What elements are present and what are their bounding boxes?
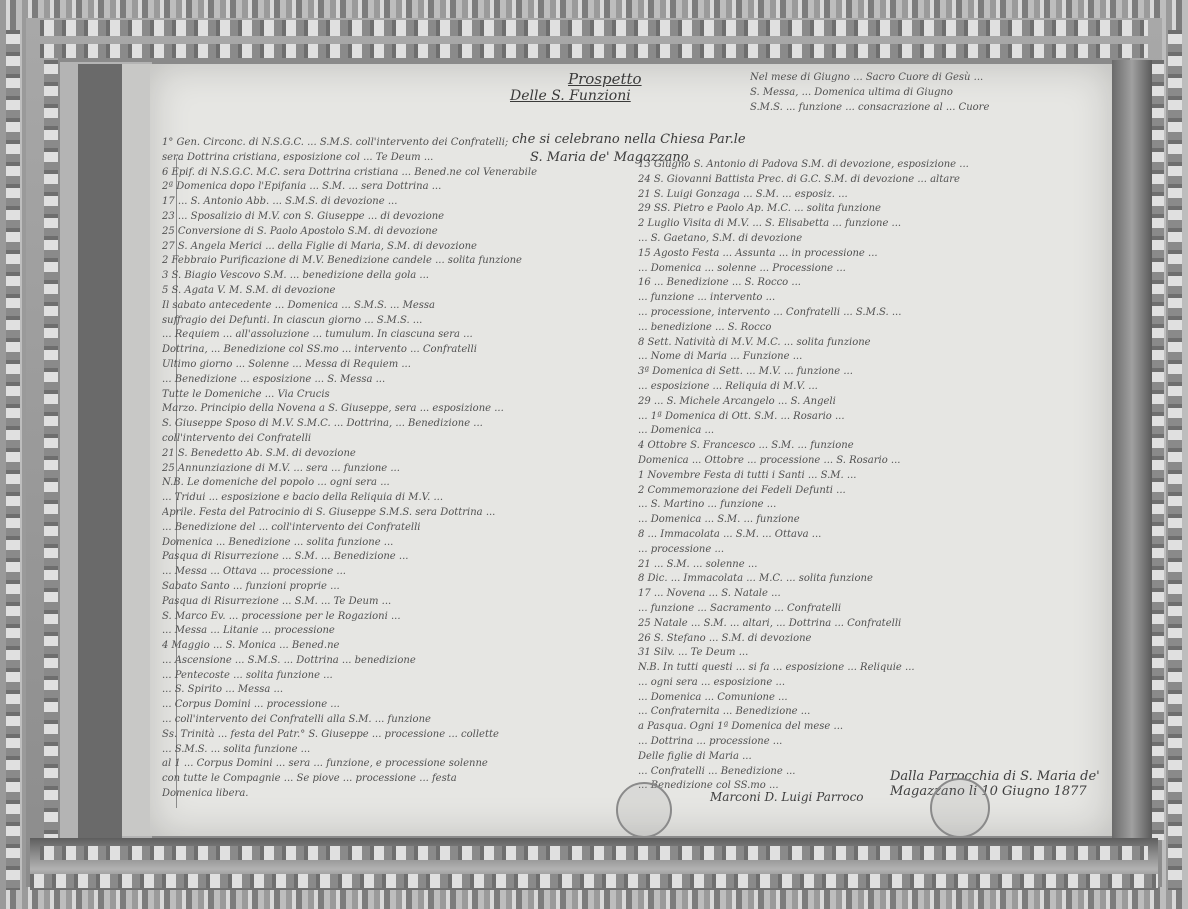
manuscript-line: N.B. Le domeniche del popolo ... ogni se… xyxy=(162,476,632,491)
manuscript-line: coll'intervento dei Confratelli xyxy=(162,432,632,447)
manuscript-line: ... Ascensione ... S.M.S. ... Dottrina .… xyxy=(162,654,632,669)
manuscript-line: 8 Dic. ... Immacolata ... M.C. ... solit… xyxy=(638,572,1098,587)
manuscript-line: S. Marco Ev. ... processione per le Roga… xyxy=(162,610,632,625)
manuscript-line: ... funzione ... intervento ... xyxy=(638,291,1098,306)
manuscript-line: 25 Conversione di S. Paolo Apostolo S.M.… xyxy=(162,225,632,240)
manuscript-line: 26 S. Stefano ... S.M. di devozione xyxy=(638,632,1098,647)
manuscript-line: Delle figlie di Maria ... xyxy=(638,750,1098,765)
manuscript-line: 21 S. Luigi Gonzaga ... S.M. ... esposiz… xyxy=(638,188,1098,203)
manuscript-line: Tutte le Domeniche ... Via Crucis xyxy=(162,388,632,403)
manuscript-line: Aprile. Festa del Patrocinio di S. Giuse… xyxy=(162,506,632,521)
manuscript-line: Ss. Trinità ... festa del Patr.° S. Gius… xyxy=(162,728,632,743)
frame-bead-right-inner xyxy=(1150,60,1164,840)
manuscript-line: ... esposizione ... Reliquia di M.V. ... xyxy=(638,380,1098,395)
manuscript-line: 21 ... S.M. ... solenne ... xyxy=(638,558,1098,573)
manuscript-line: 2 Luglio Visita di M.V. ... S. Elisabett… xyxy=(638,217,1098,232)
manuscript-line: 4 Ottobre S. Francesco ... S.M. ... funz… xyxy=(638,439,1098,454)
manuscript-line: 3ª Domenica di Sett. ... M.V. ... funzio… xyxy=(638,365,1098,380)
manuscript-line: 13 Giugno S. Antonio di Padova S.M. di d… xyxy=(638,158,1098,173)
frame-bead-top xyxy=(40,20,1148,36)
manuscript-line: ... Dottrina ... processione ... xyxy=(638,735,1098,750)
manuscript-line: Domenica libera. xyxy=(162,787,632,802)
paper-edge xyxy=(122,64,152,836)
frame-bead-bottom xyxy=(30,874,1158,888)
manuscript-line: ... Confraternita ... Benedizione ... xyxy=(638,705,1098,720)
frame-bead-bottom-inner xyxy=(40,846,1148,860)
manuscript-line: Domenica ... Ottobre ... processione ...… xyxy=(638,454,1098,469)
manuscript-line: ... Requiem ... all'assoluzione ... tumu… xyxy=(162,328,632,343)
manuscript-line: ... S.M.S. ... solita funzione ... xyxy=(162,743,632,758)
manuscript-line: 15 Agosto Festa ... Assunta ... in proce… xyxy=(638,247,1098,262)
manuscript-line: ... Nome di Maria ... Funzione ... xyxy=(638,350,1098,365)
right-column: 13 Giugno S. Antonio di Padova S.M. di d… xyxy=(638,158,1098,794)
manuscript-line: 3 S. Biagio Vescovo S.M. ... benedizione… xyxy=(162,269,632,284)
manuscript-line: ... Corpus Domini ... processione ... xyxy=(162,698,632,713)
manuscript-line: suffragio dei Defunti. In ciascun giorno… xyxy=(162,314,632,329)
manuscript-line: 2 Commemorazione dei Fedeli Defunti ... xyxy=(638,484,1098,499)
manuscript-line: ... S. Spirito ... Messa ... xyxy=(162,683,632,698)
frame-bead-right xyxy=(1168,30,1182,890)
manuscript-line: ... S. Gaetano, S.M. di devozione xyxy=(638,232,1098,247)
manuscript-line: ... processione, intervento ... Confrate… xyxy=(638,306,1098,321)
manuscript-line: Dottrina, ... Benedizione col SS.mo ... … xyxy=(162,343,632,358)
signature-name: Marconi D. Luigi Parroco xyxy=(710,790,864,804)
manuscript-line: 1° Gen. Circonc. di N.S.G.C. ... S.M.S. … xyxy=(162,136,632,151)
manuscript-line: 29 SS. Pietro e Paolo Ap. M.C. ... solit… xyxy=(638,202,1098,217)
manuscript-line: ... S. Martino ... funzione ... xyxy=(638,498,1098,513)
manuscript-line: 8 ... Immacolata ... S.M. ... Ottava ... xyxy=(638,528,1098,543)
manuscript-line: ... Messa ... Ottava ... processione ... xyxy=(162,565,632,580)
manuscript-line: Domenica ... Benedizione ... solita funz… xyxy=(162,536,632,551)
parish-seal-right-icon xyxy=(930,778,990,836)
manuscript-line: 25 Natale ... S.M. ... altari, ... Dottr… xyxy=(638,617,1098,632)
manuscript-line: Pasqua di Risurrezione ... S.M. ... Te D… xyxy=(162,595,632,610)
frame-right-rail xyxy=(1112,60,1152,840)
manuscript-line: ... benedizione ... S. Rocco xyxy=(638,321,1098,336)
manuscript-line: ... Domenica ... Comunione ... xyxy=(638,691,1098,706)
frame-bead-top-inner xyxy=(40,44,1148,58)
manuscript-line: ... Tridui ... esposizione e bacio della… xyxy=(162,491,632,506)
manuscript-line: ... Domenica ... solenne ... Processione… xyxy=(638,262,1098,277)
title-subtitle: Delle S. Funzioni xyxy=(510,88,631,104)
manuscript-line: 16 ... Benedizione ... S. Rocco ... xyxy=(638,276,1098,291)
title-prospetto: Prospetto xyxy=(568,70,642,88)
manuscript-line: 17 ... Novena ... S. Natale ... xyxy=(638,587,1098,602)
manuscript-line: 17 ... S. Antonio Abb. ... S.M.S. di dev… xyxy=(162,195,632,210)
manuscript-line: 5 S. Agata V. M. S.M. di devozione xyxy=(162,284,632,299)
manuscript-line: con tutte le Compagnie ... Se piove ... … xyxy=(162,772,632,787)
manuscript-line: Pasqua di Risurrezione ... S.M. ... Bene… xyxy=(162,550,632,565)
manuscript-line: ... funzione ... Sacramento ... Confrate… xyxy=(638,602,1098,617)
manuscript-line: a Pasqua. Ogni 1ª Domenica del mese ... xyxy=(638,720,1098,735)
manuscript-line: ... Benedizione ... esposizione ... S. M… xyxy=(162,373,632,388)
manuscript-page: Prospetto Delle S. Funzioni che si celeb… xyxy=(150,64,1112,836)
manuscript-line: Marzo. Principio della Novena a S. Giuse… xyxy=(162,402,632,417)
manuscript-line: Sabato Santo ... funzioni proprie ... xyxy=(162,580,632,595)
manuscript-line: 8 Sett. Natività di M.V. M.C. ... solita… xyxy=(638,336,1098,351)
manuscript-line: al 1 ... Corpus Domini ... sera ... funz… xyxy=(162,757,632,772)
manuscript-line: ... processione ... xyxy=(638,543,1098,558)
header-note: Nel mese di Giugno ... Sacro Cuore di Ge… xyxy=(750,70,1100,115)
manuscript-line: 2ª Domenica dopo l'Epifania ... S.M. ...… xyxy=(162,180,632,195)
manuscript-line: 24 S. Giovanni Battista Prec. di G.C. S.… xyxy=(638,173,1098,188)
manuscript-line: Il sabato antecedente ... Domenica ... S… xyxy=(162,299,632,314)
manuscript-line: ... Domenica ... xyxy=(638,424,1098,439)
manuscript-line: 21 S. Benedetto Ab. S.M. di devozione xyxy=(162,447,632,462)
manuscript-line: 27 S. Angela Merici ... della Figlie di … xyxy=(162,240,632,255)
manuscript-line: ... Pentecoste ... solita funzione ... xyxy=(162,669,632,684)
manuscript-line: S. Giuseppe Sposo di M.V. S.M.C. ... Dot… xyxy=(162,417,632,432)
frame-bead-left xyxy=(6,30,20,890)
place-date: Dalla Parrocchia di S. Maria de' Magazza… xyxy=(890,769,1112,799)
manuscript-line: ... 1ª Domenica di Ott. S.M. ... Rosario… xyxy=(638,410,1098,425)
manuscript-line: ... Benedizione del ... coll'intervento … xyxy=(162,521,632,536)
left-column: 1° Gen. Circonc. di N.S.G.C. ... S.M.S. … xyxy=(162,136,632,802)
manuscript-line: 25 Annunziazione di M.V. ... sera ... fu… xyxy=(162,462,632,477)
manuscript-line: ... coll'intervento dei Confratelli alla… xyxy=(162,713,632,728)
manuscript-line: 31 Silv. ... Te Deum ... xyxy=(638,646,1098,661)
manuscript-line: ... Messa ... Litanie ... processione xyxy=(162,624,632,639)
manuscript-line: 6 Epif. di N.S.G.C. M.C. sera Dottrina c… xyxy=(162,166,632,181)
manuscript-line: Ultimo giorno ... Solenne ... Messa di R… xyxy=(162,358,632,373)
manuscript-line: sera Dottrina cristiana, esposizione col… xyxy=(162,151,632,166)
manuscript-line: 1 Novembre Festa di tutti i Santi ... S.… xyxy=(638,469,1098,484)
manuscript-line: ... ogni sera ... esposizione ... xyxy=(638,676,1098,691)
manuscript-line: 23 ... Sposalizio di M.V. con S. Giusepp… xyxy=(162,210,632,225)
manuscript-line: 2 Febbraio Purificazione di M.V. Benediz… xyxy=(162,254,632,269)
manuscript-line: N.B. In tutti questi ... si fa ... espos… xyxy=(638,661,1098,676)
manuscript-line: 29 ... S. Michele Arcangelo ... S. Angel… xyxy=(638,395,1098,410)
manuscript-line: 4 Maggio ... S. Monica ... Bened.ne xyxy=(162,639,632,654)
frame-bead-left-inner xyxy=(44,60,58,840)
mat-board-dark-strip xyxy=(78,64,122,840)
manuscript-line: ... Domenica ... S.M. ... funzione xyxy=(638,513,1098,528)
parish-seal-left-icon xyxy=(616,782,672,836)
